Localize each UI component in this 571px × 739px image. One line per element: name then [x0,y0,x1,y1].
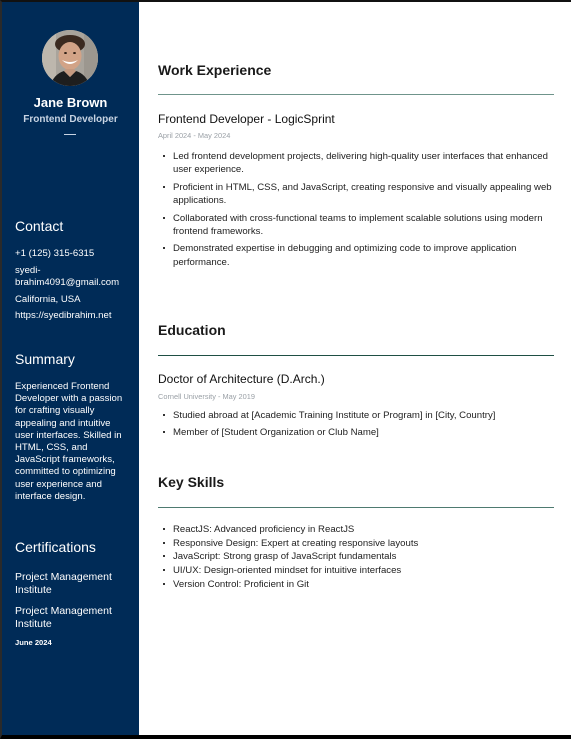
work-bullet: Led frontend development projects, deliv… [158,150,556,177]
degree-title: Doctor of Architecture (D.Arch.) [158,372,325,386]
education-heading: Education [158,322,226,338]
school-date: Cornell University - May 2019 [158,392,255,401]
contact-website[interactable]: https://syedibrahim.net [15,310,135,323]
education-bullet: Studied abroad at [Academic Training Ins… [158,409,556,422]
certifications-heading: Certifications [15,539,96,555]
education-bullet: Member of [Student Organization or Club … [158,426,556,439]
job-title: Frontend Developer - LogicSprint [158,112,335,126]
work-bullet: Collaborated with cross-functional teams… [158,212,556,239]
work-bullet: Proficient in HTML, CSS, and JavaScript,… [158,181,556,208]
contact-heading: Contact [15,218,63,234]
profile-photo-icon [42,30,98,86]
main-content: Work Experience Frontend Developer - Log… [139,2,571,735]
resume-page: Jane Brown Frontend Developer Contact +1… [0,0,571,739]
contact-email-line1: syedi- [15,265,135,278]
certification-item: Project Management Institute [15,605,135,630]
contact-email[interactable]: syedi- brahim4091@gmail.com [15,265,135,290]
certification-date: June 2024 [15,638,52,647]
role-divider [64,134,76,135]
sidebar: Jane Brown Frontend Developer Contact +1… [2,2,139,735]
skills-list: ReactJS: Advanced proficiency in ReactJS… [158,523,556,592]
summary-text: Experienced Frontend Developer with a pa… [15,381,131,503]
skill-item: Version Control: Proficient in Git [158,578,556,592]
contact-location: California, USA [15,294,135,307]
job-dates: April 2024 - May 2024 [158,131,230,140]
contact-list: +1 (125) 315-6315 syedi- brahim4091@gmai… [15,248,135,327]
contact-email-line2: brahim4091@gmail.com [15,277,135,290]
work-divider [158,94,554,95]
skill-item: Responsive Design: Expert at creating re… [158,537,556,551]
summary-heading: Summary [15,351,75,367]
education-bullets: Studied abroad at [Academic Training Ins… [158,409,556,443]
work-bullets: Led frontend development projects, deliv… [158,150,556,273]
key-skills-heading: Key Skills [158,474,224,490]
work-bullet: Demonstrated expertise in debugging and … [158,242,556,269]
skill-item: UI/UX: Design-oriented mindset for intui… [158,564,556,578]
skills-divider [158,507,554,508]
education-divider [158,355,554,356]
profile-role: Frontend Developer [2,114,139,125]
contact-phone[interactable]: +1 (125) 315-6315 [15,248,135,261]
skill-item: ReactJS: Advanced proficiency in ReactJS [158,523,556,537]
work-experience-heading: Work Experience [158,62,271,78]
profile-name: Jane Brown [2,95,139,110]
certification-item: Project Management Institute [15,571,135,596]
skill-item: JavaScript: Strong grasp of JavaScript f… [158,550,556,564]
